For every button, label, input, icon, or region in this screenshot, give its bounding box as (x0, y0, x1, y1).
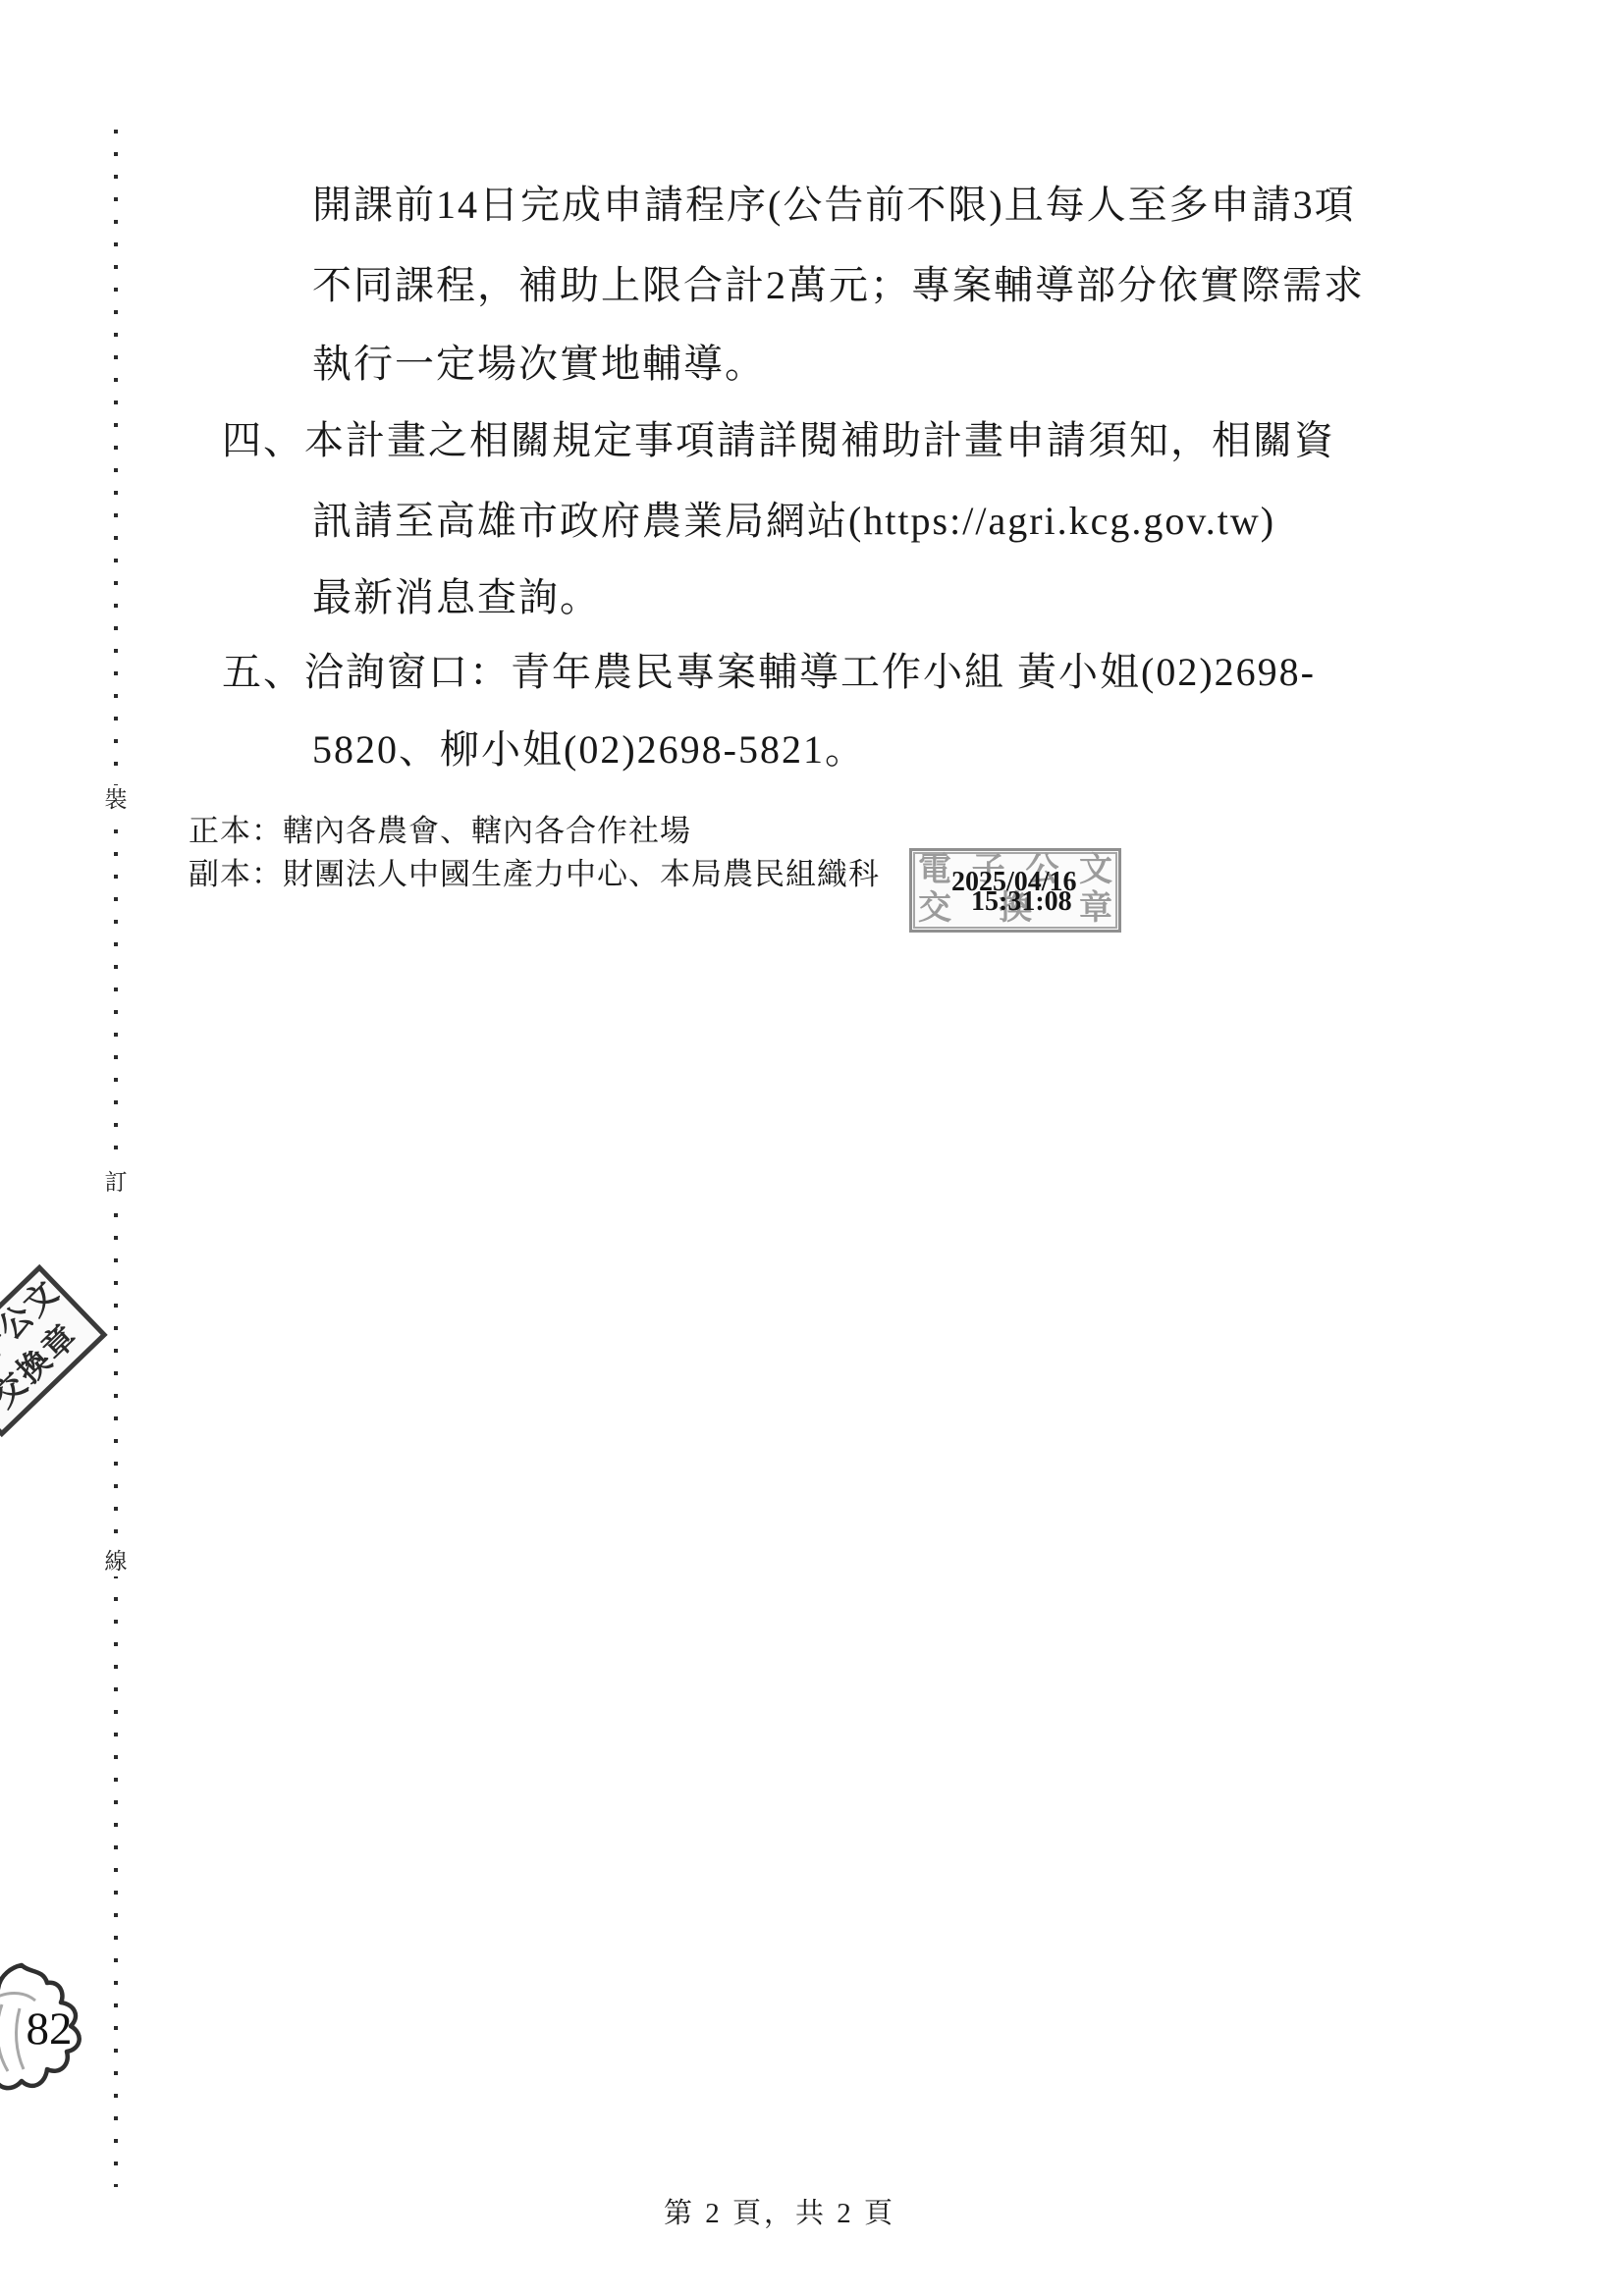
exchange-stamp-char: 文 (1079, 851, 1112, 889)
recipient-original-line: 正本：轄內各農會、轄內各合作社場 (189, 813, 691, 850)
received-exchange-stamp-rotated: 電子公文 交換章 (0, 1264, 108, 1437)
body-line-6: 最新消息查詢。 (312, 575, 601, 620)
exchange-stamp-time: 15:31:08 (971, 888, 1072, 916)
body-line-7-item-five: 五、洽詢窗口：青年農民專案輔導工作小組 黃小姐(02)2698- (222, 650, 1316, 695)
body-line-8-phone: 5820、柳小姐(02)2698-5821。 (312, 727, 866, 773)
binding-dotted-line (114, 130, 118, 2187)
exchange-stamp-char: 交 (918, 889, 951, 928)
body-line-5-website-url: 訊請至高雄市政府農業局網站(https://agri.kcg.gov.tw) (312, 499, 1275, 544)
binding-mark-zhuang: 裝 (99, 785, 133, 815)
page-number-seal: 82 (0, 1955, 98, 2103)
body-line-2: 不同課程，補助上限合計2萬元；專案輔導部分依實際需求 (312, 263, 1365, 308)
body-line-3: 執行一定場次實地輔導。 (312, 342, 766, 387)
page-footer-indicator: 第 2 頁，共 2 頁 (664, 2197, 895, 2230)
document-page: 裝 訂 線 開課前14日完成申請程序(公告前不限)且每人至多申請3項 不同課程，… (0, 0, 1624, 2296)
body-line-4-item-four: 四、本計畫之相關規定事項請詳閱補助計畫申請須知，相關資 (222, 418, 1335, 463)
electronic-document-exchange-stamp: 電 子 公 文 交 換 章 2025/04/16 15:31:08 (909, 848, 1121, 933)
page-number-value: 82 (27, 2003, 73, 2055)
binding-mark-ding: 訂 (99, 1168, 133, 1198)
binding-mark-xian: 線 (99, 1547, 133, 1576)
exchange-stamp-char: 電 (918, 851, 951, 889)
body-line-1: 開課前14日完成申請程序(公告前不限)且每人至多申請3項 (312, 183, 1356, 228)
exchange-stamp-char: 章 (1079, 889, 1112, 928)
recipient-copy-line: 副本：財團法人中國生產力中心、本局農民組織科 (189, 856, 880, 893)
